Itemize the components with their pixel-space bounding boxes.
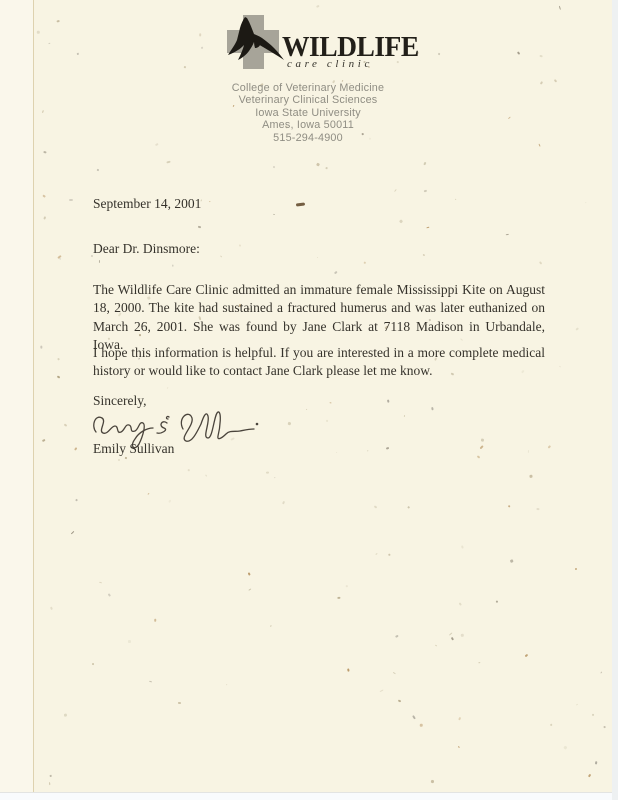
- address-line-department: Veterinary Clinical Sciences: [158, 94, 458, 106]
- scanned-letter: WILDLIFE care clinic College of Veterina…: [0, 0, 618, 800]
- wildlife-clinic-logo-icon: [218, 14, 288, 72]
- address-line-phone: 515-294-4900: [158, 132, 458, 144]
- paper-fleck: [296, 202, 305, 206]
- address-line-college: College of Veterinary Medicine: [158, 82, 458, 94]
- letter-date: September 14, 2001: [93, 196, 201, 212]
- address-line-university: Iowa State University: [158, 107, 458, 119]
- address-line-city: Ames, Iowa 50011: [158, 119, 458, 131]
- logo-tagline: care clinic: [287, 58, 373, 70]
- scan-edge-bottom: [0, 792, 618, 800]
- letterhead-address: College of Veterinary Medicine Veterinar…: [158, 82, 458, 144]
- paper-fold-line: [33, 0, 34, 792]
- salutation: Dear Dr. Dinsmore:: [93, 241, 200, 257]
- paper-fold-shading: [0, 0, 33, 792]
- paragraph-offer-help: I hope this information is helpful. If y…: [93, 344, 545, 381]
- scan-edge-right: [612, 0, 618, 800]
- typed-signature-name: Emily Sullivan: [93, 441, 174, 457]
